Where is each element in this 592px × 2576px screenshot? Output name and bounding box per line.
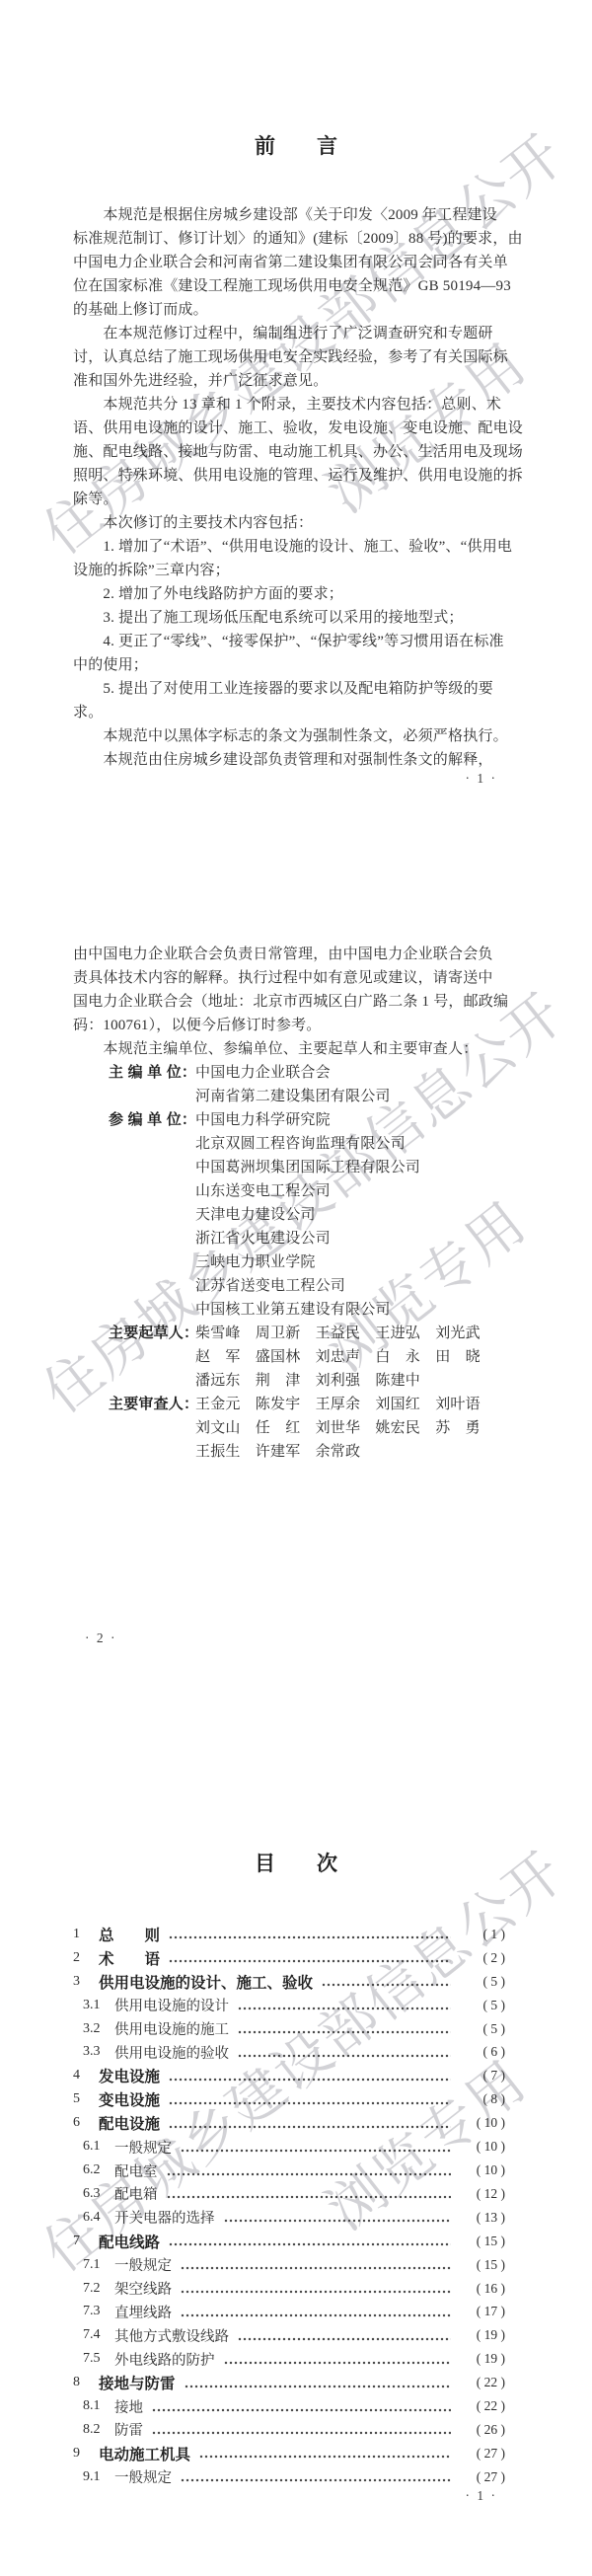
toc-entry-number: 3.3 <box>83 2044 114 2060</box>
toc-row: 1总 则( 1 ) <box>73 1923 505 1946</box>
toc-entry-title: 供用电设施的验收 <box>114 2042 229 2063</box>
toc-entry-title: 防雷 <box>114 2419 143 2440</box>
toc-entry-number: 6.1 <box>83 2139 114 2155</box>
credits-entry-continuation: 王振生 许建军 余常政 <box>73 1440 507 1464</box>
toc-row: 3.2供用电设施的施工( 5 ) <box>73 2017 505 2041</box>
toc-row: 7.5外电线路的防护( 19 ) <box>73 2347 505 2371</box>
foreword-line: 标准规范制订、修订计划〉的通知》(建标〔2009〕88 号)的要求，由 <box>73 227 507 251</box>
toc-row: 9.1一般规定( 27 ) <box>73 2465 505 2489</box>
document-canvas: 住房城乡建设部信息公开 浏览专用 前 言 本规范是根据住房城乡建设部《关于印发〈… <box>0 0 592 2576</box>
toc-entry-number: 3 <box>73 1974 99 1990</box>
toc-entry-title: 一般规定 <box>114 2137 172 2158</box>
toc-entry-page: ( 6 ) <box>456 2044 505 2060</box>
toc-row: 4发电设施( 7 ) <box>73 2064 505 2087</box>
toc-dot-leader <box>167 2171 452 2177</box>
toc-dot-leader <box>181 2265 451 2271</box>
toc-dot-leader <box>152 2430 451 2436</box>
toc-entry-title: 一般规定 <box>114 2466 172 2487</box>
toc-entry-number: 2 <box>73 1950 99 1966</box>
toc-entry-page: ( 27 ) <box>456 2446 505 2462</box>
foreword-line: 讨，认真总结了施工现场供用电安全实践经验，参考了有关国际标 <box>73 345 507 369</box>
toc-entry-page: ( 5 ) <box>456 1974 505 1990</box>
credits-entry-label: 主要起草人： <box>109 1322 195 1345</box>
toc-entry-title: 架空线路 <box>114 2278 172 2299</box>
credits-entry-continuation: 浙江省火电建设公司 <box>73 1227 507 1250</box>
toc-row: 7.4其他方式敷设线路( 19 ) <box>73 2323 505 2347</box>
toc-entry-title: 其他方式敷设线路 <box>114 2325 229 2346</box>
credits-entry-continuation: 潘远东 荆 津 刘利强 陈建中 <box>73 1369 507 1393</box>
foreword-line: 施、配电线路、接地与防雷、电动施工机具、办公、生活用电及现场 <box>73 440 507 464</box>
toc-dot-leader <box>199 2454 451 2460</box>
toc-entry-page: ( 10 ) <box>456 2162 505 2178</box>
credits-entry-continuation: 北京双圆工程咨询监理有限公司 <box>73 1132 507 1156</box>
credits-paragraph-line: 本规范主编单位、参编单位、主要起草人和主要审查人： <box>73 1037 507 1061</box>
toc-row: 2术 语( 2 ) <box>73 1946 505 1970</box>
toc-dot-leader <box>181 2289 451 2295</box>
toc-entry-page: ( 13 ) <box>456 2210 505 2226</box>
toc-row: 3.1供用电设施的设计( 5 ) <box>73 1994 505 2017</box>
page-credits: 住房城乡建设部信息公开 浏览专用 由中国电力企业联合会负责日常管理，由中国电力企… <box>0 859 592 1717</box>
toc-entry-number: 3.2 <box>83 2021 114 2037</box>
toc-entry-page: ( 19 ) <box>456 2351 505 2367</box>
toc-dot-leader <box>238 2006 451 2011</box>
foreword-line: 本规范是根据住房城乡建设部《关于印发〈2009 年工程建设 <box>73 203 507 227</box>
credits-entry-continuation: 三峡电力职业学院 <box>73 1250 507 1274</box>
toc-entry-page: ( 17 ) <box>456 2304 505 2319</box>
toc-entry-page: ( 1 ) <box>456 1927 505 1942</box>
toc-dot-leader <box>238 2336 451 2342</box>
toc-dot-leader <box>322 1982 451 1988</box>
credits-body: 由中国电力企业联合会负责日常管理，由中国电力企业联合会负责具体技术内容的解释。执… <box>73 943 507 1464</box>
toc-entry-page: ( 22 ) <box>456 2375 505 2390</box>
credits-entry-continuation: 赵 军 盛国林 刘忠声 白 永 田 晓 <box>73 1345 507 1369</box>
foreword-line: 设施的拆除”三章内容； <box>73 559 507 582</box>
credits-entry-continuation: 中国葛洲坝集团国际工程有限公司 <box>73 1156 507 1179</box>
credits-paragraph-line: 责具体技术内容的解释。执行过程中如有意见或建议，请寄送中 <box>73 966 507 990</box>
toc-entry-title: 供用电设施的设计 <box>114 1995 229 2015</box>
toc-entry-title: 接地与防雷 <box>99 2372 176 2393</box>
foreword-line: 除等。 <box>73 488 507 511</box>
toc-row: 7配电线路( 15 ) <box>73 2230 505 2253</box>
toc-row: 5变电设施( 8 ) <box>73 2087 505 2111</box>
credits-entry-continuation: 河南省第二建设集团有限公司 <box>73 1085 507 1108</box>
toc-entry-number: 7.5 <box>83 2351 114 2367</box>
toc-entry-number: 8.2 <box>83 2422 114 2438</box>
toc-dot-leader <box>181 2148 451 2154</box>
credits-paragraph-line: 由中国电力企业联合会负责日常管理，由中国电力企业联合会负 <box>73 943 507 966</box>
toc-entry-number: 6.4 <box>83 2210 114 2226</box>
credits-entry: 参 编 单 位：中国电力科学研究院 <box>73 1108 507 1132</box>
foreword-line: 1. 增加了“术语”、“供用电设施的设计、施工、验收”、“供用电 <box>73 535 507 559</box>
toc-dot-leader <box>169 1934 451 1940</box>
toc-row: 6.2配电室( 10 ) <box>73 2159 505 2182</box>
toc-dot-leader <box>238 2029 451 2035</box>
credits-paragraph-line: 国电力企业联合会（地址：北京市西城区白广路二条 1 号，邮政编 <box>73 990 507 1014</box>
toc-entry-page: ( 22 ) <box>456 2398 505 2414</box>
toc-entry-number: 5 <box>73 2091 99 2107</box>
foreword-line: 4. 更正了“零线”、“接零保护”、“保护零线”等习惯用语在标准 <box>73 630 507 653</box>
toc-entry-page: ( 15 ) <box>456 2234 505 2249</box>
toc-entry-number: 7.4 <box>83 2327 114 2343</box>
toc-entry-page: ( 5 ) <box>456 1998 505 2013</box>
toc-entry-number: 7.2 <box>83 2281 114 2297</box>
toc-entry-title: 外电线路的防护 <box>114 2349 215 2370</box>
foreword-line: 位在国家标准《建设工程施工现场供用电安全规范》GB 50194—93 <box>73 274 507 298</box>
foreword-line: 中国电力企业联合会和河南省第二建设集团有限公司会同各有关单 <box>73 251 507 274</box>
foreword-line: 语、供用电设施的设计、施工、验收，发电设施、变电设施、配电设 <box>73 417 507 440</box>
foreword-line: 本规范中以黑体字标志的条文为强制性条文，必须严格执行。 <box>73 724 507 748</box>
credits-entry-value: 柴雪峰 周卫新 王益民 王进弘 刘光武 <box>195 1326 481 1341</box>
toc-dot-leader <box>238 2053 451 2059</box>
toc-entry-title: 电动施工机具 <box>99 2443 190 2464</box>
foreword-line: 2. 增加了外电线路防护方面的要求； <box>73 582 507 606</box>
toc-entry-title: 开关电器的选择 <box>114 2207 215 2228</box>
toc-entry-title: 变电设施 <box>99 2088 160 2110</box>
toc-entry-number: 8 <box>73 2375 99 2390</box>
page-toc: 住房城乡建设部信息公开 浏览专用 目 次 1总 则( 1 )2术 语( 2 )3… <box>0 1717 592 2576</box>
toc-dot-leader <box>152 2407 451 2413</box>
page-number: · 1 · <box>466 771 498 787</box>
toc-dot-leader <box>224 2360 452 2366</box>
toc-entry-title: 供用电设施的设计、施工、验收 <box>99 1971 313 1993</box>
toc-entry-number: 7.3 <box>83 2304 114 2319</box>
toc-entry-title: 术 语 <box>99 1947 160 1969</box>
foreword-line: 3. 提出了施工现场低压配电系统可以采用的接地型式； <box>73 606 507 630</box>
toc-dot-leader <box>224 2218 452 2224</box>
toc-list: 1总 则( 1 )2术 语( 2 )3供用电设施的设计、施工、验收( 5 )3.… <box>73 1923 505 2489</box>
foreword-line: 本规范共分 13 章和 1 个附录，主要技术内容包括：总则、术 <box>73 393 507 417</box>
credits-entry-value: 王金元 陈发宇 王厚余 刘国红 刘叶语 <box>195 1397 481 1412</box>
credits-entry: 主要审查人：王金元 陈发宇 王厚余 刘国红 刘叶语 <box>73 1393 507 1416</box>
foreword-line: 5. 提出了对使用工业连接器的要求以及配电箱防护等级的要 <box>73 677 507 701</box>
credits-entry-label: 主 编 单 位： <box>109 1061 195 1085</box>
toc-dot-leader <box>169 2241 451 2247</box>
toc-entry-page: ( 8 ) <box>456 2091 505 2107</box>
foreword-line: 准和国外先进经验，并广泛征求意见。 <box>73 369 507 393</box>
toc-entry-page: ( 10 ) <box>456 2139 505 2155</box>
toc-entry-number: 6.2 <box>83 2162 114 2178</box>
credits-paragraph-line: 码：100761），以便今后修订时参考。 <box>73 1014 507 1037</box>
toc-entry-number: 6 <box>73 2115 99 2131</box>
toc-row: 7.3直埋线路( 17 ) <box>73 2301 505 2324</box>
foreword-title: 前 言 <box>0 130 592 160</box>
credits-entry: 主 编 单 位：中国电力企业联合会 <box>73 1061 507 1085</box>
toc-row: 8.1接地( 22 ) <box>73 2394 505 2418</box>
toc-entry-page: ( 10 ) <box>456 2115 505 2131</box>
toc-entry-title: 接地 <box>114 2396 143 2417</box>
toc-dot-leader <box>169 1958 451 1964</box>
toc-row: 7.1一般规定( 15 ) <box>73 2253 505 2277</box>
toc-entry-number: 1 <box>73 1927 99 1942</box>
credits-entry-label: 参 编 单 位： <box>109 1108 195 1132</box>
credits-entry: 主要起草人：柴雪峰 周卫新 王益民 王进弘 刘光武 <box>73 1322 507 1345</box>
credits-entry-continuation: 天津电力建设公司 <box>73 1203 507 1227</box>
toc-entry-title: 直埋线路 <box>114 2302 172 2322</box>
toc-entry-title: 配电箱 <box>114 2183 158 2204</box>
toc-entry-page: ( 2 ) <box>456 1950 505 1966</box>
toc-entry-number: 8.1 <box>83 2398 114 2414</box>
toc-dot-leader <box>169 2077 451 2083</box>
foreword-line: 在本规范修订过程中，编制组进行了广泛调查研究和专题研 <box>73 322 507 345</box>
page-foreword: 住房城乡建设部信息公开 浏览专用 前 言 本规范是根据住房城乡建设部《关于印发〈… <box>0 0 592 859</box>
foreword-line: 照明、特殊环境、供用电设施的管理、运行及维护、供用电设施的拆 <box>73 464 507 488</box>
toc-entry-number: 9.1 <box>83 2469 114 2485</box>
credits-entry-label: 主要审查人： <box>109 1393 195 1416</box>
foreword-line: 中的使用； <box>73 653 507 677</box>
toc-dot-leader <box>181 2477 451 2483</box>
toc-entry-page: ( 12 ) <box>456 2186 505 2202</box>
toc-entry-page: ( 5 ) <box>456 2021 505 2037</box>
toc-row: 7.2架空线路( 16 ) <box>73 2277 505 2301</box>
toc-row: 8接地与防雷( 22 ) <box>73 2371 505 2394</box>
foreword-body: 本规范是根据住房城乡建设部《关于印发〈2009 年工程建设标准规范制订、修订计划… <box>73 203 507 772</box>
foreword-line: 本规范由住房城乡建设部负责管理和对强制性条文的解释， <box>73 748 507 772</box>
toc-entry-number: 7.1 <box>83 2257 114 2273</box>
page-number: · 1 · <box>466 2488 498 2504</box>
toc-entry-page: ( 26 ) <box>456 2422 505 2438</box>
toc-entry-title: 配电设施 <box>99 2112 160 2134</box>
toc-row: 6.3配电箱( 12 ) <box>73 2182 505 2206</box>
credits-entry-value: 中国电力科学研究院 <box>195 1112 331 1128</box>
toc-entry-title: 总 则 <box>99 1924 160 1945</box>
toc-dot-leader <box>169 2124 451 2130</box>
toc-row: 6.1一般规定( 10 ) <box>73 2135 505 2159</box>
credits-entry-continuation: 刘文山 任 红 刘世华 姚宏民 苏 勇 <box>73 1416 507 1440</box>
toc-entry-page: ( 19 ) <box>456 2327 505 2343</box>
toc-entry-number: 4 <box>73 2068 99 2084</box>
foreword-line: 本次修订的主要技术内容包括： <box>73 511 507 535</box>
toc-entry-number: 3.1 <box>83 1998 114 2013</box>
toc-entry-page: ( 27 ) <box>456 2469 505 2485</box>
toc-row: 3供用电设施的设计、施工、验收( 5 ) <box>73 1970 505 1994</box>
toc-row: 8.2防雷( 26 ) <box>73 2418 505 2442</box>
toc-entry-page: ( 16 ) <box>456 2281 505 2297</box>
credits-entry-continuation: 山东送变电工程公司 <box>73 1179 507 1203</box>
toc-dot-leader <box>169 2100 451 2106</box>
toc-dot-leader <box>167 2194 452 2200</box>
toc-row: 3.3供用电设施的验收( 6 ) <box>73 2041 505 2065</box>
toc-title: 目 次 <box>0 1848 592 1877</box>
credits-entry-value: 中国电力企业联合会 <box>195 1065 331 1081</box>
toc-entry-title: 供用电设施的施工 <box>114 2018 229 2039</box>
foreword-line: 的基础上修订而成。 <box>73 298 507 322</box>
toc-entry-number: 7 <box>73 2234 99 2249</box>
foreword-line: 求。 <box>73 701 507 724</box>
toc-entry-title: 发电设施 <box>99 2065 160 2086</box>
toc-entry-title: 配电线路 <box>99 2231 160 2252</box>
toc-dot-leader <box>185 2384 451 2389</box>
toc-entry-number: 9 <box>73 2446 99 2462</box>
toc-entry-page: ( 15 ) <box>456 2257 505 2273</box>
toc-entry-page: ( 7 ) <box>456 2068 505 2084</box>
credits-entry-continuation: 中国核工业第五建设有限公司 <box>73 1298 507 1322</box>
toc-row: 6.4开关电器的选择( 13 ) <box>73 2206 505 2230</box>
credits-entry-continuation: 江苏省送变电工程公司 <box>73 1274 507 1298</box>
toc-entry-title: 一般规定 <box>114 2254 172 2275</box>
toc-row: 9电动施工机具( 27 ) <box>73 2442 505 2465</box>
toc-dot-leader <box>181 2312 451 2318</box>
page-number: · 2 · <box>85 1630 117 1646</box>
toc-entry-number: 6.3 <box>83 2186 114 2202</box>
toc-entry-title: 配电室 <box>114 2160 158 2181</box>
toc-row: 6配电设施( 10 ) <box>73 2111 505 2135</box>
